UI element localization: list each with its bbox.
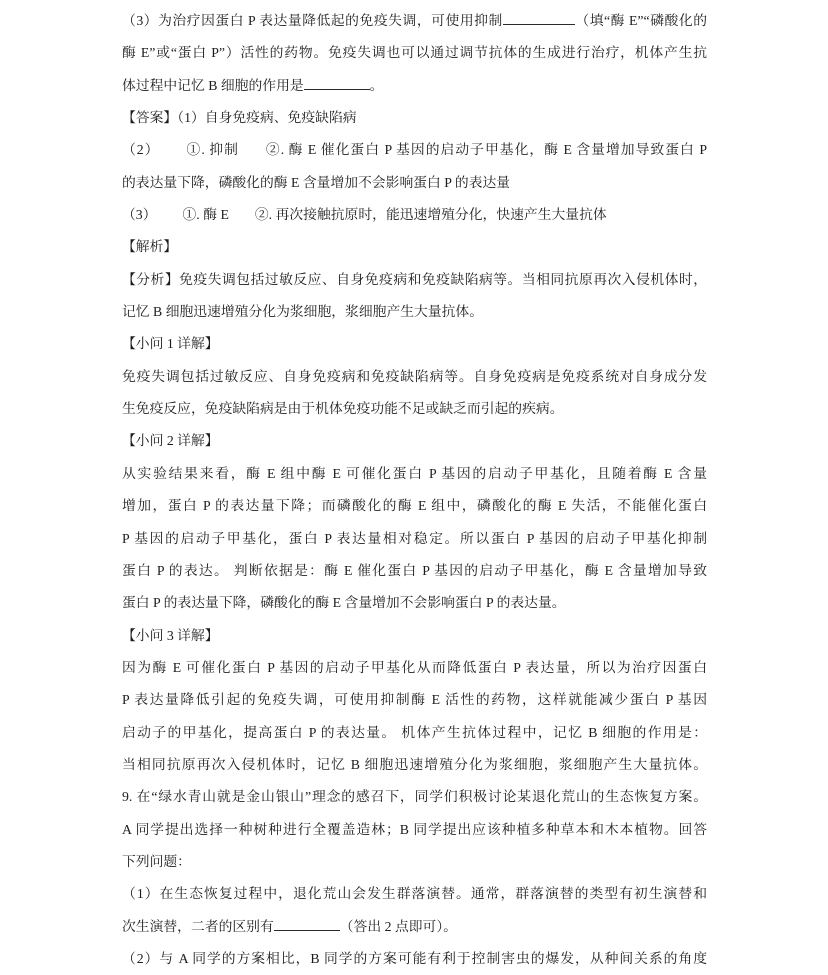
answer-blank [274,917,340,931]
text-run: 从实验结果来看，酶 E 组中酶 E 可催化蛋白 P 基因的启动子甲基化，且随着酶… [122,466,707,481]
text-run: 酶 E”或“蛋白 P”）活性的药物。免疫失调也可以通过调节抗体的生成进行治疗，机… [122,45,707,60]
text-run: （1）在生态恢复过程中，退化荒山会发生群落演替。通常，群落演替的类型有初生演替和 [122,886,707,901]
doc-line: 体过程中记忆 B 细胞的作用是。 [122,70,707,102]
text-run: 。 [370,78,384,93]
text-run: A 同学提出选择一种树种进行全覆盖造林；B 同学提出应该种植多种草本和木本植物。… [122,822,707,837]
text-run: 蛋白 P 的表达。 判断依据是：酶 E 催化蛋白 P 基因的启动子甲基化，酶 E… [122,563,707,578]
doc-line: 下列问题： [122,846,707,878]
doc-line: 启动子的甲基化，提高蛋白 P 的表达量。 机体产生抗体过程中，记忆 B 细胞的作… [122,717,707,749]
text-run: 下列问题： [122,854,191,869]
doc-line: 生免疫反应，免疫缺陷病是由于机体免疫功能不足或缺乏而引起的疾病。 [122,393,707,425]
text-run: 【小问 3 详解】 [122,628,219,643]
doc-line: 免疫失调包括过敏反应、自身免疫病和免疫缺陷病等。自身免疫病是免疫系统对自身成分发 [122,361,707,393]
text-run: P 基因的启动子甲基化，蛋白 P 表达量相对稳定。所以蛋白 P 基因的启动子甲基… [122,531,707,546]
doc-line: 【小问 3 详解】 [122,620,707,652]
text-run: 蛋白 P 的表达量下降，磷酸化的酶 E 含量增加不会影响蛋白 P 的表达量。 [122,595,566,610]
doc-line: 蛋白 P 的表达。 判断依据是：酶 E 催化蛋白 P 基因的启动子甲基化，酶 E… [122,555,707,587]
doc-line: 记忆 B 细胞迅速增殖分化为浆细胞，浆细胞产生大量抗体。 [122,296,707,328]
doc-line: （2）与 A 同学的方案相比，B 同学的方案可能有利于控制害虫的爆发，从种间关系… [122,943,707,975]
doc-line: P 表达量降低引起的免疫失调，可使用抑制酶 E 活性的药物，这样就能减少蛋白 P… [122,684,707,716]
doc-line: （3）①. 酶 E②. 再次接触抗原时，能迅速增殖分化，快速产生大量抗体 [122,199,707,231]
doc-line: 次生演替，二者的区别有（答出 2 点即可）。 [122,911,707,943]
text-run: 的表达量下降，磷酸化的酶 E 含量增加不会影响蛋白 P 的表达量 [122,175,510,190]
doc-line: 酶 E”或“蛋白 P”）活性的药物。免疫失调也可以通过调节抗体的生成进行治疗，机… [122,37,707,69]
text-run: （2） [122,142,160,157]
text-run: （答出 2 点即可）。 [340,919,457,934]
document-text-block: （3）为治疗因蛋白 P 表达量降低起的免疫失调，可使用抑制（填“酶 E”“磷酸化… [122,5,707,975]
spacer [229,218,255,219]
doc-line: 蛋白 P 的表达量下降，磷酸化的酶 E 含量增加不会影响蛋白 P 的表达量。 [122,587,707,619]
spacer [160,153,186,154]
spacer [239,153,265,154]
doc-line: A 同学提出选择一种树种进行全覆盖造林；B 同学提出应该种植多种草本和木本植物。… [122,814,707,846]
text-run: 次生演替，二者的区别有 [122,919,274,934]
text-run: 因为酶 E 可催化蛋白 P 基因的启动子甲基化从而降低蛋白 P 表达量，所以为治… [122,660,707,675]
text-run: ②. 酶 E 催化蛋白 P 基因的启动子甲基化，酶 E 含量增加导致蛋白 P [265,142,707,157]
doc-line: （2）①. 抑制②. 酶 E 催化蛋白 P 基因的启动子甲基化，酶 E 含量增加… [122,134,707,166]
doc-line: 从实验结果来看，酶 E 组中酶 E 可催化蛋白 P 基因的启动子甲基化，且随着酶… [122,458,707,490]
doc-line: 的表达量下降，磷酸化的酶 E 含量增加不会影响蛋白 P 的表达量 [122,167,707,199]
text-run: ①. 酶 E [183,207,229,222]
text-run: 【答案】（1）自身免疫病、免疫缺陷病 [122,110,357,125]
text-run: （3） [122,207,157,222]
text-run: 启动子的甲基化，提高蛋白 P 的表达量。 机体产生抗体过程中，记忆 B 细胞的作… [122,725,707,740]
text-run: 【小问 1 详解】 [122,336,219,351]
text-run: 当相同抗原再次入侵机体时，记忆 B 细胞迅速增殖分化为浆细胞，浆细胞产生大量抗体… [122,757,707,772]
text-run: 免疫失调包括过敏反应、自身免疫病和免疫缺陷病等。自身免疫病是免疫系统对自身成分发 [122,369,707,384]
spacer [157,218,183,219]
doc-line: P 基因的启动子甲基化，蛋白 P 表达量相对稳定。所以蛋白 P 基因的启动子甲基… [122,523,707,555]
text-run: 【分析】免疫失调包括过敏反应、自身免疫病和免疫缺陷病等。当相同抗原再次入侵机体时… [122,272,707,287]
doc-line: 【解析】 [122,231,707,263]
doc-line: 【答案】（1）自身免疫病、免疫缺陷病 [122,102,707,134]
text-run: 生免疫反应，免疫缺陷病是由于机体免疫功能不足或缺乏而引起的疾病。 [122,401,564,416]
answer-blank [304,76,370,90]
document-page: （3）为治疗因蛋白 P 表达量降低起的免疫失调，可使用抑制（填“酶 E”“磷酸化… [0,0,828,975]
doc-line: 9. 在“绿水青山就是金山银山”理念的感召下，同学们积极讨论某退化荒山的生态恢复… [122,781,707,813]
doc-line: （3）为治疗因蛋白 P 表达量降低起的免疫失调，可使用抑制（填“酶 E”“磷酸化… [122,5,707,37]
doc-line: 【小问 2 详解】 [122,425,707,457]
text-run: P 表达量降低引起的免疫失调，可使用抑制酶 E 活性的药物，这样就能减少蛋白 P… [122,692,707,707]
doc-line: （1）在生态恢复过程中，退化荒山会发生群落演替。通常，群落演替的类型有初生演替和 [122,878,707,910]
text-run: 9. 在“绿水青山就是金山银山”理念的感召下，同学们积极讨论某退化荒山的生态恢复… [122,789,707,804]
text-run: ②. 再次接触抗原时，能迅速增殖分化，快速产生大量抗体 [255,207,607,222]
doc-line: 增加，蛋白 P 的表达量下降；而磷酸化的酶 E 组中，磷酸化的酶 E 失活，不能… [122,490,707,522]
doc-line: 【小问 1 详解】 [122,328,707,360]
text-run: （填“酶 E”“磷酸化的 [575,13,707,28]
doc-line: 【分析】免疫失调包括过敏反应、自身免疫病和免疫缺陷病等。当相同抗原再次入侵机体时… [122,264,707,296]
text-run: 增加，蛋白 P 的表达量下降；而磷酸化的酶 E 组中，磷酸化的酶 E 失活，不能… [122,498,707,513]
doc-line: 因为酶 E 可催化蛋白 P 基因的启动子甲基化从而降低蛋白 P 表达量，所以为治… [122,652,707,684]
text-run: （3）为治疗因蛋白 P 表达量降低起的免疫失调，可使用抑制 [122,13,503,28]
doc-line: 当相同抗原再次入侵机体时，记忆 B 细胞迅速增殖分化为浆细胞，浆细胞产生大量抗体… [122,749,707,781]
text-run: 记忆 B 细胞迅速增殖分化为浆细胞，浆细胞产生大量抗体。 [122,304,483,319]
text-run: ①. 抑制 [186,142,239,157]
answer-blank [503,11,575,25]
text-run: 体过程中记忆 B 细胞的作用是 [122,78,304,93]
text-run: 【解析】 [122,239,177,254]
text-run: 【小问 2 详解】 [122,433,219,448]
text-run: （2）与 A 同学的方案相比，B 同学的方案可能有利于控制害虫的爆发，从种间关系… [122,951,707,966]
